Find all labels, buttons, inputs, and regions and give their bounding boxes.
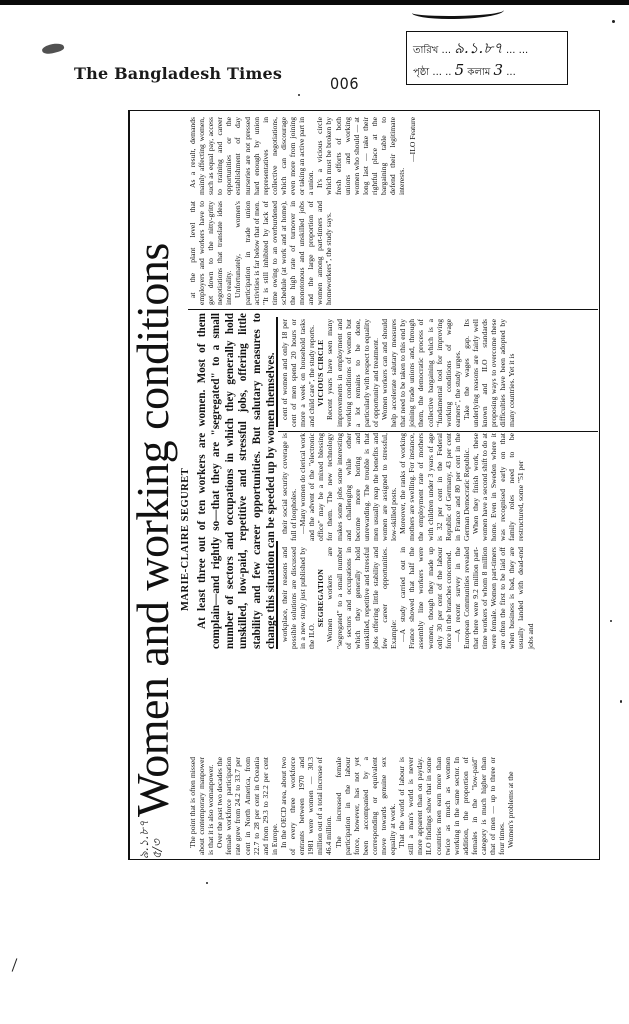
- paragraph: Over the past two decades the female wor…: [215, 757, 279, 855]
- article-intro: At least three out of ten workers are wo…: [196, 313, 279, 649]
- masthead-logo-icon: [41, 41, 65, 55]
- publication-name: The Bangladesh Times: [74, 64, 282, 83]
- paragraph: Women workers are "segregated" to a smal…: [325, 547, 398, 649]
- intro-paragraph: At least three out of ten workers are wo…: [196, 313, 279, 649]
- paragraph: In the OECD area, about two of every thr…: [279, 757, 334, 855]
- archive-stamp: তারিখ ... ৯.১.৮৭ ... ... পৃষ্ঠা ... .. 5…: [406, 31, 568, 85]
- stamp-page-value: 5: [455, 61, 465, 79]
- scan-paper-curl: [412, 4, 504, 19]
- paragraph: When they finish work, these women have …: [471, 433, 526, 541]
- scan-noise: [612, 20, 615, 23]
- scan-top-edge: [0, 0, 629, 5]
- paragraph: Take the wages gap. Its underlying reaso…: [462, 319, 517, 427]
- clipping-rotated-content: ৯.১.৮৭ ৫/৩ Women and working conditions …: [130, 111, 600, 860]
- paragraph: Recent years have seen many improvements…: [325, 319, 380, 427]
- article-column-4: cent of women and only 18 per cent of me…: [280, 319, 516, 427]
- paragraph: The point that is often missed about con…: [188, 757, 215, 855]
- stamp-column-label: কলাম: [467, 67, 490, 78]
- column-rule: [278, 431, 598, 432]
- scan-noise: [12, 958, 18, 971]
- article-column-3: their social security coverage is full o…: [280, 433, 526, 541]
- subheading-segregation: SEGREGATION: [316, 547, 325, 649]
- article-column-6: As a result, demands mainly affecting wo…: [188, 117, 417, 195]
- column-rule: [276, 541, 278, 649]
- paragraph: As a result, demands mainly affecting wo…: [188, 117, 315, 195]
- paragraph: —Many women do clerical work and the adv…: [298, 433, 398, 541]
- paragraph: Moreover, the ranks of working mothers a…: [398, 433, 471, 541]
- page-code: 006: [330, 74, 359, 93]
- paragraph: That the world of labour is still a man'…: [397, 757, 506, 855]
- scan-noise: [206, 882, 208, 884]
- scan-noise: [620, 700, 622, 703]
- stamp-page-label: পৃষ্ঠা: [413, 67, 429, 78]
- article-column-2: workplace, their reasons and possible so…: [280, 547, 535, 649]
- article-column-1: The point that is often missed about con…: [188, 757, 515, 855]
- paragraph: It's a vicious circle which must be brok…: [315, 117, 406, 195]
- article-headline: Women and working conditions: [130, 243, 176, 817]
- paragraph: their social security coverage is full o…: [280, 433, 298, 541]
- article-byline: MARIE-CLAIRE SEGURET: [180, 468, 191, 611]
- handwritten-note: ৯.১.৮৭ ৫/৩: [138, 819, 164, 859]
- paragraph: Unfortunately, women's participation in …: [233, 201, 333, 305]
- stamp-date-value: ৯.১.৮৭: [454, 39, 503, 57]
- newspaper-clipping: ৯.১.৮৭ ৫/৩ Women and working conditions …: [128, 110, 600, 860]
- paragraph: Women workers can and should help accele…: [380, 319, 462, 427]
- article-signoff: —ILO Feature: [408, 117, 417, 195]
- stamp-date-row: তারিখ ... ৯.১.৮৭ ... ...: [413, 37, 528, 62]
- paragraph: Women's problems at the: [506, 757, 515, 855]
- paragraph: —A recent survey in the European Communi…: [453, 547, 535, 649]
- stamp-date-label: তারিখ: [413, 45, 438, 56]
- stamp-column-value: 3: [493, 61, 503, 79]
- subheading-vicious-circle: VICIOUS CIRCLE: [316, 319, 325, 427]
- stamp-page-row: পৃষ্ঠা ... .. 5 কলাম 3 ...: [413, 61, 516, 82]
- paragraph: workplace, their reasons and possible so…: [280, 547, 316, 649]
- scan-noise: [610, 620, 612, 622]
- paragraph: The increased female participation in th…: [334, 757, 398, 855]
- column-rule: [188, 309, 598, 310]
- article-column-5: at the plant level that employers and wo…: [188, 201, 334, 305]
- paragraph: —A study carried out in France showed th…: [398, 547, 453, 649]
- paragraph: cent of women and only 18 per cent of me…: [280, 319, 316, 427]
- paragraph: at the plant level that employers and wo…: [188, 201, 233, 305]
- scan-noise: [298, 94, 300, 96]
- column-rule: [276, 317, 278, 427]
